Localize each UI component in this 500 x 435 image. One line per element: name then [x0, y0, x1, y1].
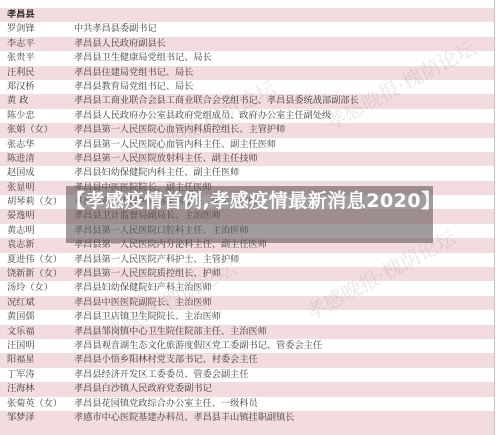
top-strip	[0, 0, 494, 8]
person-name: 黄国儒	[7, 310, 35, 324]
person-name: 文乐福	[7, 325, 35, 339]
person-title: 孝昌县人民政府副县长	[74, 37, 166, 51]
table-header-row: 孝昌县	[0, 8, 494, 22]
person-title: 孝昌县妇幼保健院妇产科主治医师	[74, 281, 212, 295]
table-row: 汤玲（女）孝昌县妇幼保健院妇产科主治医师	[0, 281, 494, 295]
person-title: 孝感市中心医院基建办科员、孝昌县丰山镇挂职副镇长	[74, 411, 295, 425]
person-name: 郑汉桥	[7, 80, 35, 94]
person-name: 夏进伟（女）	[7, 253, 62, 267]
person-title: 孝昌县卫店镇卫生院院长、主治医师	[74, 310, 221, 324]
person-title: 孝昌县白沙镇人民政府党委副书记	[74, 382, 212, 396]
person-title: 中共孝昌县委副书记	[74, 22, 157, 36]
person-name: 晏逸明	[7, 209, 35, 223]
table-row: 陈进清孝昌县第一人民医院放射科主任、副主任技师	[0, 152, 494, 166]
person-name: 罗剑锋	[7, 22, 35, 36]
person-title: 孝昌县第一人民医院心血管内科主任、副主任医师	[74, 138, 276, 152]
person-title: 孝昌县人民政府办公室县政府党组成员、政府办公室主任副处级	[74, 109, 331, 123]
person-name: 张显明	[7, 181, 35, 195]
table-row: 张菊英（女）孝昌县花园镇党政综合办公室主任、一级科员	[0, 397, 494, 411]
person-name: 张贵平	[7, 51, 35, 65]
table-row: 汪利民孝昌县住建局党组书记、局长	[0, 66, 494, 80]
table-row: 汪国明孝昌县观音湖生态文化旅游度假区党工委副书记、管委会主任	[0, 339, 494, 353]
table-row: 夏进伟（女）孝昌县第一人民医院产科护士、主管护师	[0, 253, 494, 267]
person-title: 孝昌县中医医院副院长、主治医师	[74, 296, 212, 310]
table-row: 阳福星孝昌县小悟乡阳林村党支部书记、村委会主任	[0, 353, 494, 367]
person-title: 孝昌县第一人民医院产科护士、主管护师	[74, 253, 239, 267]
table-row: 张娟（女）孝昌县第一人民医院心血管内科质控组长、主管护师	[0, 123, 494, 137]
table-row: 张贵平孝昌县卫生健康局党组书记、局长	[0, 51, 494, 65]
person-title: 孝昌县花园镇党政综合办公室主任、一级科员	[74, 397, 258, 411]
person-title: 孝昌县经济开发区工委委员、管委会副主任	[74, 368, 249, 382]
table-row: 陈少忠孝昌县人民政府办公室县政府党组成员、政府办公室主任副处级	[0, 109, 494, 123]
headline-text: 【孝感疫情首例,孝感疫情最新消息2020】	[66, 189, 433, 214]
table-row: 罗剑锋中共孝昌县委副书记	[0, 22, 494, 36]
person-name: 张菊英（女）	[7, 397, 62, 411]
person-title: 孝昌县住建局党组书记、局长	[74, 66, 193, 80]
person-title: 孝昌县小悟乡阳林村党支部书记、村委会主任	[74, 353, 258, 367]
person-name: 汪利民	[7, 66, 35, 80]
person-title: 孝昌县工商业联合会县工商业联合会党组书记、孝昌县委统战部副部长	[74, 94, 359, 108]
person-title: 孝昌县第一人民医院放射科主任、副主任技师	[74, 152, 258, 166]
person-name: 黄志明	[7, 224, 35, 238]
person-name: 丁军涛	[7, 368, 35, 382]
person-name: 饶新新（女）	[7, 267, 62, 281]
person-title: 孝昌县妇幼保健院内科主任、副主任医师	[74, 166, 239, 180]
person-title: 孝昌县邹岗镇中心卫生院住院部主任、主治医师	[74, 325, 267, 339]
person-name: 李志平	[7, 37, 35, 51]
person-title: 孝昌县观音湖生态文化旅游度假区党工委副书记、管委会主任	[74, 339, 322, 353]
person-name: 胡琴莉（女）	[7, 195, 62, 209]
table-row: 丁军涛孝昌县经济开发区工委委员、管委会副主任	[0, 368, 494, 382]
person-name: 汪国明	[7, 339, 35, 353]
table-row: 饶新新（女）孝昌县第一人民医院质控组长、护师	[0, 267, 494, 281]
table-row: 邹梦泽孝感市中心医院基建办科员、孝昌县丰山镇挂职副镇长	[0, 411, 494, 425]
person-name: 汪海林	[7, 382, 35, 396]
table-row: 汪海林孝昌县白沙镇人民政府党委副书记	[0, 382, 494, 396]
table-row: 张志华孝昌县第一人民医院心血管内科主任、副主任医师	[0, 138, 494, 152]
person-name: 袁志新	[7, 238, 35, 252]
person-name: 汤玲（女）	[7, 281, 53, 295]
person-name: 陈少忠	[7, 109, 35, 123]
table-row: 文乐福孝昌县邹岗镇中心卫生院住院部主任、主治医师	[0, 325, 494, 339]
county-header: 孝昌县	[7, 8, 35, 22]
table-row: 况红斌孝昌县中医医院副院长、主治医师	[0, 296, 494, 310]
person-name: 阳福星	[7, 353, 35, 367]
table-row: 李志平孝昌县人民政府副县长	[0, 37, 494, 51]
table-row: 黄国儒孝昌县卫店镇卫生院院长、主治医师	[0, 310, 494, 324]
person-name: 邹梦泽	[7, 411, 35, 425]
person-name: 况红斌	[7, 296, 35, 310]
person-name: 黄 政	[7, 94, 28, 108]
person-title: 孝昌县卫生健康局党组书记、局长	[74, 51, 212, 65]
table-row: 黄 政孝昌县工商业联合会县工商业联合会党组书记、孝昌县委统战部副部长	[0, 94, 494, 108]
table-row: 赵国成孝昌县妇幼保健院内科主任、副主任医师	[0, 166, 494, 180]
table-row: 郑汉桥孝昌县教育局党组书记、局长	[0, 80, 494, 94]
person-name: 赵国成	[7, 166, 35, 180]
person-name: 陈进清	[7, 152, 35, 166]
headline-overlay[interactable]: 【孝感疫情首例,孝感疫情最新消息2020】	[66, 186, 433, 243]
person-name: 张娟（女）	[7, 123, 53, 137]
person-title: 孝昌县第一人民医院心血管内科质控组长、主管护师	[74, 123, 285, 137]
person-title: 孝昌县教育局党组书记、局长	[74, 80, 193, 94]
person-title: 孝昌县第一人民医院质控组长、护师	[74, 267, 221, 281]
person-name: 张志华	[7, 138, 35, 152]
